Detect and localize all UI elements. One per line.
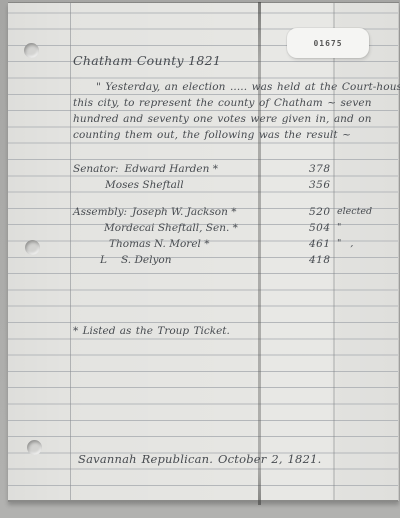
vote-count: 461	[309, 238, 331, 250]
candidate-name: Edward Harden *	[125, 163, 218, 175]
vote-count: 356	[309, 179, 331, 191]
vote-count: 520	[309, 206, 331, 218]
candidate-initial: L	[100, 254, 107, 266]
ditto-mark: " ,	[337, 238, 353, 249]
footnote: * Listed as the Troup Ticket.	[73, 325, 230, 337]
section-label: Senator:	[73, 163, 119, 175]
punch-hole	[25, 240, 40, 255]
results-row-assembly: Assembly:Joseph W. Jackson * 520 elected	[73, 206, 395, 220]
paragraph-line: hundred and seventy one votes were given…	[73, 113, 372, 125]
candidate-name: Mordecai Sheftall, Sen. *	[104, 222, 238, 234]
vote-count: 504	[309, 222, 331, 234]
paragraph-line: this city, to represent the county of Ch…	[73, 97, 372, 109]
stamp-label: 01675	[287, 28, 369, 58]
results-row-assembly: Thomas N. Morel * 461 " ,	[73, 238, 395, 252]
candidate-name: Joseph W. Jackson *	[132, 206, 236, 218]
result-note: elected	[337, 206, 372, 217]
vote-count: 418	[309, 254, 331, 266]
ditto-mark: "	[337, 222, 341, 233]
vote-count: 378	[309, 163, 331, 175]
page-heading: Chatham County 1821	[73, 53, 221, 68]
candidate-name: Moses Sheftall	[105, 179, 184, 191]
paragraph-line: " Yesterday, an election ..... was held …	[96, 81, 400, 93]
results-row-senator: Moses Sheftall 356	[73, 179, 395, 193]
punch-hole	[24, 43, 39, 58]
margin-line	[70, 3, 71, 500]
candidate-name: Thomas N. Morel *	[109, 238, 209, 250]
source-citation: Savannah Republican. October 2, 1821.	[78, 452, 321, 466]
results-row-assembly: LS. Delyon 418	[73, 254, 395, 268]
paragraph-line: counting them out, the following was the…	[73, 129, 351, 141]
results-row-assembly: Mordecai Sheftall, Sen. * 504 "	[73, 222, 395, 236]
section-label: Assembly:	[73, 206, 127, 218]
paper: 01675 Chatham County 1821 " Yesterday, a…	[8, 3, 399, 502]
punch-hole	[27, 440, 42, 455]
results-row-senator: Senator:Edward Harden * 378	[73, 163, 395, 177]
stamp-number: 01675	[313, 39, 342, 48]
candidate-name: S. Delyon	[121, 254, 172, 266]
